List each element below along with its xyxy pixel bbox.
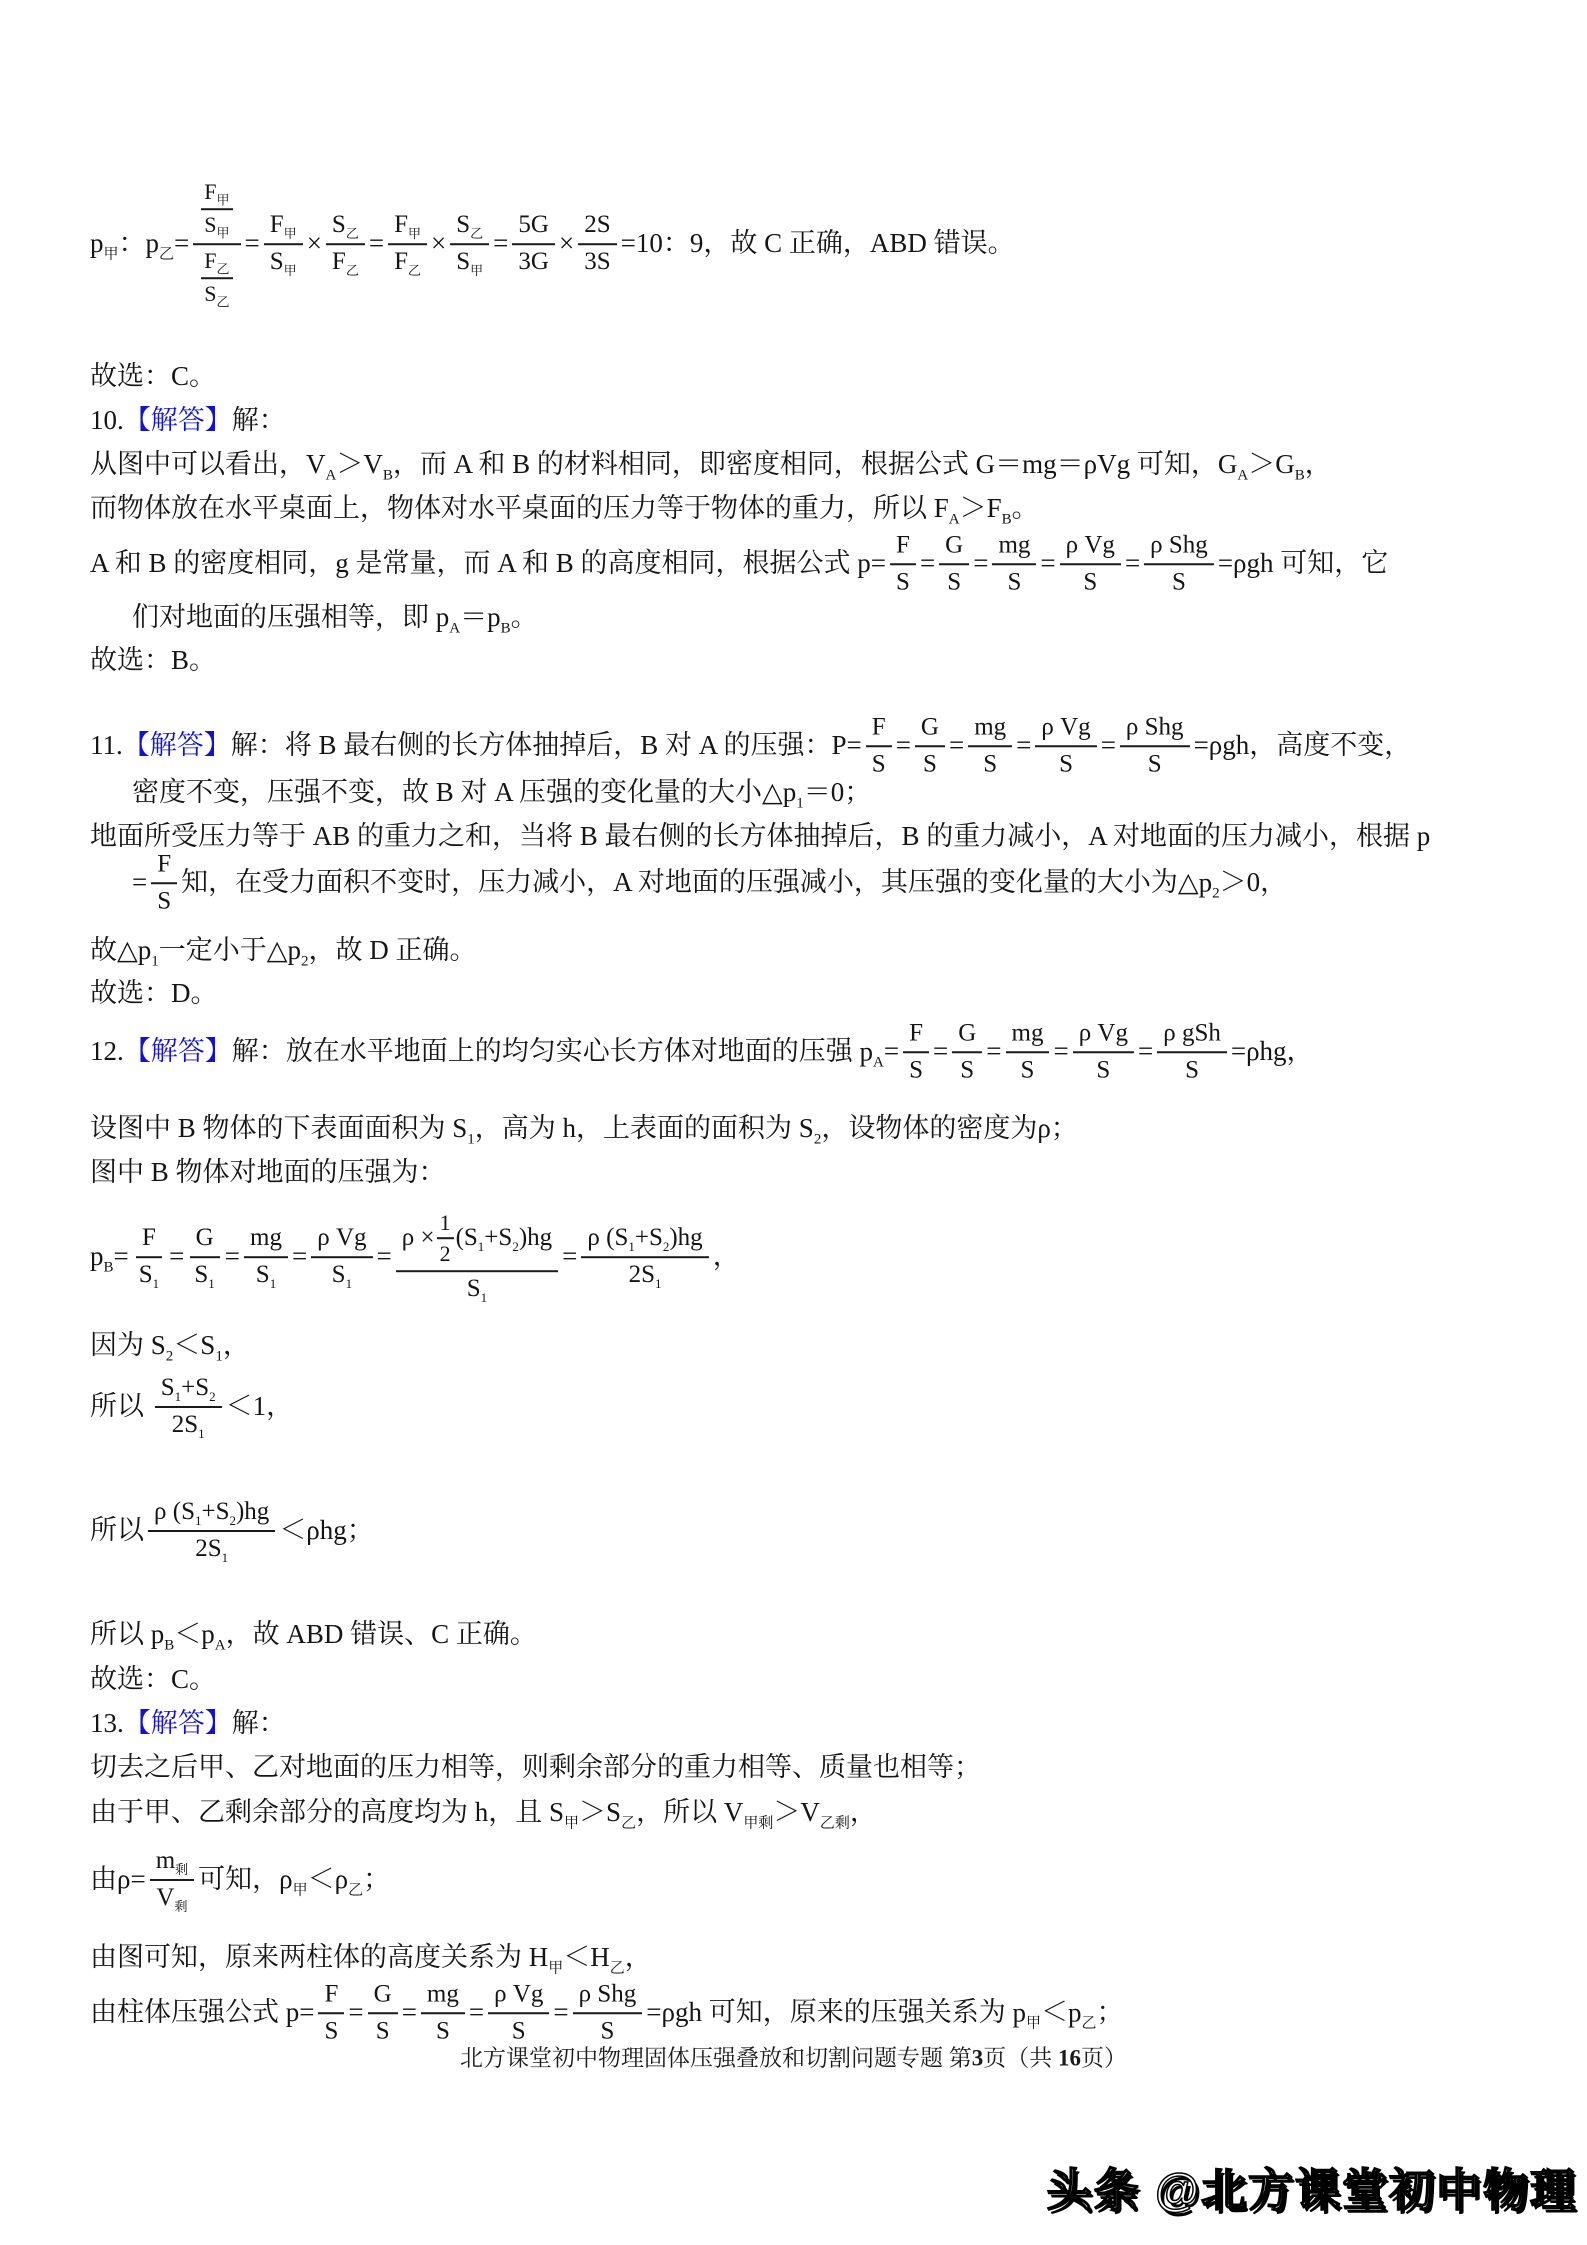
- page-footer: 北方课堂初中物理固体压强叠放和切割问题专题 第3页（共 16页）: [460, 2040, 1127, 2073]
- fraction-denominator: S: [1142, 747, 1168, 780]
- text-run: ＞: [579, 1797, 606, 1827]
- text-run: =: [896, 730, 911, 760]
- fraction-numerator: ρ Vg: [311, 1223, 372, 1258]
- fraction-denominator: F乙S乙: [193, 245, 240, 310]
- symbol-with-subscript: S1: [161, 1374, 181, 1403]
- text-run: 一定小于△: [159, 935, 288, 965]
- symbol-with-subscript: S甲: [204, 213, 229, 240]
- symbol-with-subscript: m剩: [156, 1847, 188, 1876]
- text-run: 密度不变，压强不变，故 B 对 A 压强的变化量的大小△: [132, 777, 783, 807]
- fraction-numerator: ρ (S1+S2)hg: [581, 1223, 708, 1258]
- fraction-numerator: F: [318, 1979, 344, 2014]
- text-run: ×: [559, 228, 574, 258]
- fraction-denominator: S乙: [201, 279, 232, 308]
- text-run: F: [896, 531, 910, 560]
- q12-formula-line: 12.【解答】解：放在水平地面上的均匀实心长方体对地面的压强 pA=FS=GS=…: [90, 1020, 1314, 1088]
- fraction: FS1: [133, 1223, 165, 1291]
- text-run: 页（共: [983, 2046, 1058, 2071]
- symbol-with-subscript: p2: [288, 935, 309, 965]
- fraction-denominator: S: [1053, 747, 1079, 780]
- fraction-denominator: 2S1: [623, 1258, 668, 1291]
- q10-body-line-2: 而物体放在水平桌面上，物体对水平桌面的压力等于物体的重力，所以 FA＞FB。: [90, 490, 1039, 528]
- fraction-denominator: S: [1077, 565, 1103, 598]
- q11-formula-line: 11.【解答】解：将 B 最右侧的长方体抽掉后，B 对 A 的压强：P=FS=G…: [90, 714, 1411, 782]
- fraction: 5G3G: [512, 210, 555, 278]
- text-run: ；: [1097, 1997, 1124, 2027]
- text-run: ρ Vg: [317, 1224, 366, 1253]
- fraction-denominator: S: [430, 2014, 456, 2047]
- fraction: mgS: [992, 530, 1036, 598]
- fraction-denominator: S: [1090, 1053, 1116, 1086]
- fraction-denominator: S: [917, 747, 943, 780]
- symbol-with-subscript: p乙: [146, 228, 175, 258]
- fraction-numerator: S乙: [450, 210, 489, 245]
- fraction: ρ VgS: [1073, 1018, 1134, 1086]
- text-run: mg: [427, 1980, 459, 2009]
- text-run: =: [169, 1241, 184, 1271]
- text-run: ρ Shg: [1126, 713, 1184, 742]
- symbol-with-subscript: GA: [1218, 449, 1248, 479]
- text-run: G: [958, 1019, 976, 1048]
- fraction: mgS1: [244, 1223, 288, 1291]
- text-run: =: [1053, 1036, 1068, 1066]
- text-run: 切去之后甲、乙对地面的压力相等，则剩余部分的重力相等、质量也相等；: [90, 1752, 981, 1782]
- fraction-denominator: S1: [133, 1258, 165, 1291]
- text-run: 2: [195, 1535, 208, 1564]
- fraction-numerator: F甲S甲: [193, 178, 240, 245]
- text-run: ×: [431, 228, 446, 258]
- text-run: =: [1040, 548, 1055, 578]
- fraction-numerator: F: [890, 530, 916, 565]
- text-run: =: [562, 1241, 577, 1271]
- symbol-with-subscript: S1: [614, 1224, 634, 1253]
- text-run: =: [1101, 730, 1116, 760]
- symbol-with-subscript: pA: [201, 1619, 225, 1649]
- text-run: F: [324, 1980, 338, 2009]
- fraction: ρ (S1+S2)hg2S1: [148, 1497, 275, 1565]
- text-run: 13.: [90, 1708, 124, 1738]
- symbol-with-subscript: F乙: [204, 248, 229, 275]
- text-run: ρ gSh: [1163, 1019, 1221, 1048]
- text-run: =: [884, 1036, 899, 1066]
- text-run: ρ ×: [402, 1224, 435, 1253]
- symbol-with-subscript: F甲: [394, 211, 421, 240]
- answer-label: 【解答】: [123, 730, 231, 760]
- text-run: S: [157, 887, 171, 916]
- text-run: 故选：C。: [90, 1664, 216, 1694]
- text-run: 所以: [90, 1619, 151, 1649]
- fraction-denominator: S: [318, 2014, 344, 2047]
- q10-body-line-3: 们对地面的压强相等，即 pA＝pB。: [132, 599, 538, 637]
- text-run: A 和 B 的密度相同，g 是常量，而 A 和 B 的高度相同，根据公式 p: [90, 548, 871, 578]
- symbol-with-subscript: S1: [256, 1261, 276, 1290]
- text-run: ＜ρhg；: [279, 1515, 373, 1545]
- fraction-numerator: G: [190, 1223, 220, 1258]
- text-run: 1: [440, 1210, 451, 1235]
- q10-body-line-1: 从图中可以看出，VA＞VB，而 A 和 B 的材料相同，即密度相同，根据公式 G…: [90, 446, 1332, 484]
- text-run: F: [872, 713, 886, 742]
- fraction: GS: [368, 1979, 398, 2047]
- text-run: 所以: [90, 1391, 151, 1421]
- text-run: ρ (: [154, 1498, 181, 1527]
- text-run: ；: [363, 1864, 390, 1894]
- symbol-with-subscript: S2: [195, 1374, 215, 1403]
- text-run: =: [920, 548, 935, 578]
- fraction: F甲S甲: [201, 179, 232, 240]
- text-run: ρ Shg: [1150, 531, 1208, 560]
- fraction-denominator: S1: [461, 1272, 493, 1305]
- text-run: =: [1016, 730, 1031, 760]
- text-run: ，而 A 和 B 的材料相同，即密度相同，根据公式 G＝mg＝ρVg 可知，: [393, 449, 1218, 479]
- symbol-with-subscript: S2: [216, 1498, 236, 1527]
- text-run: 3G: [518, 248, 549, 277]
- symbol-with-subscript: F甲: [204, 179, 229, 206]
- fraction-numerator: 1: [437, 1210, 454, 1239]
- text-run: 北方课堂初中物理固体压强叠放和切割问题专题 第: [460, 2046, 972, 2071]
- fraction-denominator: S甲: [450, 245, 489, 278]
- fraction-numerator: ρ Vg: [1035, 712, 1096, 747]
- text-run: ，高为 h，上表面的面积为: [475, 1113, 799, 1143]
- fraction-denominator: S: [370, 2014, 396, 2047]
- q13-body-line-2: 由于甲、乙剩余部分的高度均为 h，且 S甲＞S乙，所以 V甲剩＞V乙剩，: [90, 1794, 877, 1832]
- q11-body-line-2: 密度不变，压强不变，故 B 对 A 压强的变化量的大小△p1＝0；: [132, 774, 871, 812]
- q9-ratio-formula-line: p甲：p乙=F甲S甲F乙S乙=F甲S甲×S乙F乙=F甲F乙×S乙S甲=5G3G×…: [90, 180, 1015, 312]
- q12-inequality-2: 所以ρ (S1+S2)hg2S1＜ρhg；: [90, 1499, 374, 1567]
- fraction: ρ (S1+S2)hg2S1: [581, 1223, 708, 1291]
- symbol-with-subscript: V乙剩: [800, 1797, 850, 1827]
- q12-body-line-2: 设图中 B 物体的下表面面积为 S1，高为 h，上表面的面积为 S2，设物体的密…: [90, 1110, 1078, 1148]
- text-run: ×: [307, 228, 322, 258]
- symbol-with-subscript: V甲剩: [724, 1797, 774, 1827]
- text-run: ，故 ABD 错误、C 正确。: [226, 1619, 537, 1649]
- text-run: =: [469, 1997, 484, 2027]
- text-run: 5G: [518, 211, 549, 240]
- symbol-with-subscript: S乙: [204, 281, 229, 308]
- symbol-with-subscript: p2: [1199, 867, 1220, 897]
- text-run: 地面所受压力等于 AB 的重力之和，当将 B 最右侧的长方体抽掉后，B 的重力减…: [90, 821, 1430, 851]
- symbol-with-subscript: FB: [987, 493, 1012, 523]
- fraction: S乙F乙: [326, 210, 365, 278]
- fraction: mgS: [968, 712, 1012, 780]
- q12-inequality-1: 所以 S1+S22S1＜1，: [90, 1375, 293, 1443]
- q10-answer-line: 故选：B。: [90, 642, 216, 680]
- text-run: 2: [629, 1261, 642, 1290]
- fraction: S1+S22S1: [155, 1373, 222, 1441]
- fraction-numerator: ρ Vg: [488, 1979, 549, 2014]
- text-run: =: [1138, 1036, 1153, 1066]
- symbol-with-subscript: GB: [1275, 449, 1305, 479]
- text-run: 图中 B 物体对地面的压强为：: [90, 1157, 446, 1187]
- fraction-numerator: mg: [421, 1979, 465, 2014]
- text-run: S: [1096, 1056, 1110, 1085]
- fraction: F乙S乙: [201, 248, 232, 309]
- text-run: ＞: [1248, 449, 1275, 479]
- text-run: 10.: [90, 405, 124, 435]
- text-run: ρ Vg: [1079, 1019, 1128, 1048]
- document-page: p甲：p乙=F甲S甲F乙S乙=F甲S甲×S乙F乙=F甲F乙×S乙S甲=5G3G×…: [0, 0, 1587, 2245]
- fraction-numerator: F: [151, 849, 177, 884]
- text-run: ρ Vg: [1066, 531, 1115, 560]
- text-run: S: [324, 2017, 338, 2046]
- fraction: GS: [915, 712, 945, 780]
- text-run: S: [1172, 568, 1186, 597]
- fraction: ρ ShgS: [573, 1979, 643, 2047]
- fraction-denominator: S: [1179, 1053, 1205, 1086]
- fraction: FS: [903, 1018, 929, 1086]
- symbol-with-subscript: S1: [194, 1261, 214, 1290]
- text-run: ＝: [460, 602, 487, 632]
- fraction-denominator: S1: [250, 1258, 282, 1291]
- text-run: S: [960, 1056, 974, 1085]
- text-run: 2S: [584, 211, 610, 240]
- fraction: ρ ×12(S1+S2)hgS1: [396, 1209, 558, 1305]
- text-run: ＜: [308, 1864, 335, 1894]
- text-run: mg: [998, 531, 1030, 560]
- text-run: ＞0，: [1220, 867, 1288, 897]
- text-run: S: [896, 568, 910, 597]
- text-run: 由ρ=: [90, 1864, 146, 1894]
- fraction-numerator: ρ Vg: [1073, 1018, 1134, 1053]
- symbol-with-subscript: pA: [860, 1036, 884, 1066]
- text-run: =: [348, 1997, 363, 2027]
- text-run: ：: [119, 228, 146, 258]
- symbol-with-subscript: H甲: [529, 1942, 564, 1972]
- symbol-with-subscript: S2: [151, 1330, 174, 1360]
- symbol-with-subscript: ρ甲: [279, 1864, 308, 1894]
- text-run: mg: [1012, 1019, 1044, 1048]
- fraction-denominator: S甲: [201, 211, 232, 240]
- symbol-with-subscript: S甲: [549, 1797, 579, 1827]
- text-run: 由图可知，原来两柱体的高度关系为: [90, 1942, 529, 1972]
- text-run: ＞: [336, 449, 363, 479]
- q13-header-line: 13.【解答】解：: [90, 1705, 286, 1743]
- symbol-with-subscript: p甲: [90, 228, 119, 258]
- text-run: G: [921, 713, 939, 742]
- text-run: ＜: [563, 1942, 590, 1972]
- text-run: 解：: [232, 405, 286, 435]
- text-run: 设图中 B 物体的下表面面积为: [90, 1113, 452, 1143]
- text-run: ，: [1305, 449, 1332, 479]
- fraction: m剩V剩: [150, 1846, 194, 1914]
- fraction-numerator: ρ Shg: [1120, 712, 1190, 747]
- text-run: 从图中可以看出，: [90, 449, 306, 479]
- text-run: ，所以: [636, 1797, 724, 1827]
- symbol-with-subscript: pB: [90, 1241, 114, 1271]
- fraction: F甲S甲F乙S乙: [193, 178, 240, 310]
- fraction-denominator: S: [1166, 565, 1192, 598]
- fraction-denominator: 3S: [578, 245, 616, 278]
- text-run: =: [174, 228, 189, 258]
- fraction: mgS: [421, 1979, 465, 2047]
- fraction: 2S3S: [578, 210, 616, 278]
- fraction: ρ gShS: [1157, 1018, 1227, 1086]
- fraction: F甲F乙: [388, 210, 427, 278]
- fraction: ρ ShgS: [1120, 712, 1190, 780]
- fraction-numerator: ρ gSh: [1157, 1018, 1227, 1053]
- symbol-with-subscript: p1: [138, 935, 159, 965]
- symbol-with-subscript: S1: [452, 1113, 475, 1143]
- fraction-numerator: G: [939, 530, 969, 565]
- fraction-denominator: S: [1001, 565, 1027, 598]
- q12-body-line-3: 图中 B 物体对地面的压强为：: [90, 1154, 446, 1192]
- fraction-denominator: 2S1: [166, 1408, 211, 1441]
- text-run: =ρhg，: [1231, 1036, 1314, 1066]
- text-run: 由柱体压强公式 p: [90, 1997, 299, 2027]
- q10-pressure-formula-line: A 和 B 的密度相同，g 是常量，而 A 和 B 的高度相同，根据公式 p=F…: [90, 532, 1388, 600]
- fraction-numerator: ρ Shg: [573, 1979, 643, 2014]
- fraction: FS: [866, 712, 892, 780]
- symbol-with-subscript: F甲: [270, 211, 297, 240]
- fraction: GS1: [188, 1223, 220, 1291]
- text-run: 16: [1058, 2046, 1081, 2071]
- text-run: mg: [974, 713, 1006, 742]
- symbol-with-subscript: FA: [934, 493, 960, 523]
- fraction-numerator: mg: [244, 1223, 288, 1258]
- text-run: =: [973, 548, 988, 578]
- text-run: =: [299, 1997, 314, 2027]
- fraction: F甲S甲: [264, 210, 303, 278]
- fraction-numerator: S1+S2: [155, 1373, 222, 1408]
- text-run: S: [1185, 1056, 1199, 1085]
- text-run: 解：: [232, 1708, 286, 1738]
- fraction-numerator: 5G: [512, 210, 555, 245]
- symbol-with-subscript: S1: [208, 1535, 228, 1564]
- q11-body-line-3: 地面所受压力等于 AB 的重力之和，当将 B 最右侧的长方体抽掉后，B 的重力减…: [90, 818, 1430, 856]
- fraction: ρ VgS: [1035, 712, 1096, 780]
- fraction-numerator: mg: [1006, 1018, 1050, 1053]
- fraction-denominator: S: [954, 1053, 980, 1086]
- q11-answer-line: 故选：D。: [90, 975, 218, 1013]
- text-run: G: [374, 1980, 392, 2009]
- answer-label: 【解答】: [124, 1036, 232, 1066]
- symbol-with-subscript: S甲: [456, 248, 483, 277]
- fraction-numerator: ρ ×12(S1+S2)hg: [396, 1209, 558, 1272]
- text-run: 3S: [584, 248, 610, 277]
- q10-header-line: 10.【解答】解：: [90, 402, 286, 440]
- text-run: S: [923, 750, 937, 779]
- fraction-numerator: G: [368, 1979, 398, 2014]
- text-run: ＝0；: [804, 777, 872, 807]
- symbol-with-subscript: S乙: [332, 211, 359, 240]
- q13-body-line-3: 由图可知，原来两柱体的高度关系为 H甲＜H乙，: [90, 1939, 652, 1977]
- text-run: ρ Vg: [1041, 713, 1090, 742]
- text-run: ，: [850, 1797, 877, 1827]
- fraction: ρ VgS: [488, 1979, 549, 2047]
- text-run: G: [196, 1224, 214, 1253]
- q13-body-line-1: 切去之后甲、乙对地面的压力相等，则剩余部分的重力相等、质量也相等；: [90, 1749, 981, 1787]
- text-run: 由于甲、乙剩余部分的高度均为 h，且: [90, 1797, 549, 1827]
- text-run: S: [376, 2017, 390, 2046]
- watermark-toutiao: 头条 @北方课堂初中物理: [1047, 2154, 1577, 2219]
- fraction-numerator: G: [915, 712, 945, 747]
- fraction: FS: [151, 849, 177, 917]
- symbol-with-subscript: S2: [799, 1113, 822, 1143]
- symbol-with-subscript: p乙: [1068, 1997, 1097, 2027]
- fraction-denominator: 2: [437, 1240, 454, 1267]
- text-run: 们对地面的压强相等，即: [132, 602, 436, 632]
- fraction: ρ ShgS: [1144, 530, 1214, 598]
- fraction-denominator: S: [151, 884, 177, 917]
- text-run: =: [369, 228, 384, 258]
- text-run: +: [181, 1374, 195, 1403]
- fraction: FS: [318, 1979, 344, 2047]
- text-run: 页）: [1081, 2046, 1127, 2071]
- fraction-numerator: G: [952, 1018, 982, 1053]
- text-run: ，: [223, 1330, 250, 1360]
- text-run: =: [493, 228, 508, 258]
- text-run: S: [1148, 750, 1162, 779]
- fraction-numerator: m剩: [150, 1846, 194, 1881]
- symbol-with-subscript: V剩: [156, 1884, 187, 1913]
- text-run: =: [225, 1241, 240, 1271]
- text-run: =10：9，故 C 正确，ABD 错误。: [621, 228, 1015, 258]
- fraction-denominator: F乙: [326, 245, 365, 278]
- symbol-with-subscript: VA: [306, 449, 336, 479]
- symbol-with-subscript: F乙: [394, 248, 421, 277]
- text-run: S: [1059, 750, 1073, 779]
- text-run: ＜: [173, 1330, 200, 1360]
- text-run: F: [142, 1224, 156, 1253]
- q11-body-line-4: =FS知，在受力面积不变时，压力减小，A 对地面的压强减小，其压强的变化量的大小…: [132, 851, 1287, 919]
- fraction-denominator: F乙: [388, 245, 427, 278]
- symbol-with-subscript: S1: [139, 1261, 159, 1290]
- text-run: =: [933, 1036, 948, 1066]
- fraction-denominator: S1: [188, 1258, 220, 1291]
- q9-answer-line: 故选：C。: [90, 358, 216, 396]
- fraction: 12: [437, 1210, 454, 1267]
- text-run: +: [484, 1224, 498, 1253]
- symbol-with-subscript: S1: [184, 1411, 204, 1440]
- text-run: 3: [972, 2046, 984, 2071]
- fraction-numerator: F甲: [264, 210, 303, 245]
- text-run: 解：将 B 最右侧的长方体抽掉后，B 对 A 的压强：P: [231, 730, 847, 760]
- symbol-with-subscript: ρ乙: [335, 1864, 364, 1894]
- fraction: ρ VgS: [1060, 530, 1121, 598]
- text-run: +: [201, 1498, 215, 1527]
- text-run: 故选：C。: [90, 361, 216, 391]
- fraction-denominator: S1: [326, 1258, 358, 1291]
- symbol-with-subscript: p甲: [1012, 1997, 1041, 2027]
- fraction-denominator: S甲: [264, 245, 303, 278]
- symbol-with-subscript: S1: [200, 1330, 223, 1360]
- text-run: =: [292, 1241, 307, 1271]
- symbol-with-subscript: pA: [436, 602, 460, 632]
- fraction: GS: [952, 1018, 982, 1086]
- text-run: =: [986, 1036, 1001, 1066]
- text-run: =: [402, 1997, 417, 2027]
- text-run: 11.: [90, 730, 123, 760]
- text-run: =: [1125, 548, 1140, 578]
- fraction-numerator: F: [866, 712, 892, 747]
- symbol-with-subscript: H乙: [590, 1942, 625, 1972]
- text-run: =: [114, 1241, 129, 1271]
- answer-label: 【解答】: [124, 405, 232, 435]
- symbol-with-subscript: S乙: [456, 211, 483, 240]
- text-run: =: [553, 1997, 568, 2027]
- text-run: ρ Vg: [494, 1980, 543, 2009]
- q13-density-formula-line: 由ρ=m剩V剩可知，ρ甲＜ρ乙；: [90, 1848, 390, 1916]
- text-run: =ρgh，高度不变，: [1194, 730, 1412, 760]
- text-run: ＞: [960, 493, 987, 523]
- text-run: ，: [713, 1241, 740, 1271]
- symbol-with-subscript: S1: [181, 1498, 201, 1527]
- fraction-numerator: F甲: [388, 210, 427, 245]
- text-run: 因为: [90, 1330, 151, 1360]
- text-run: G: [945, 531, 963, 560]
- symbol-with-subscript: VB: [363, 449, 393, 479]
- text-run: S: [436, 2017, 450, 2046]
- fraction: ρ VgS1: [311, 1223, 372, 1291]
